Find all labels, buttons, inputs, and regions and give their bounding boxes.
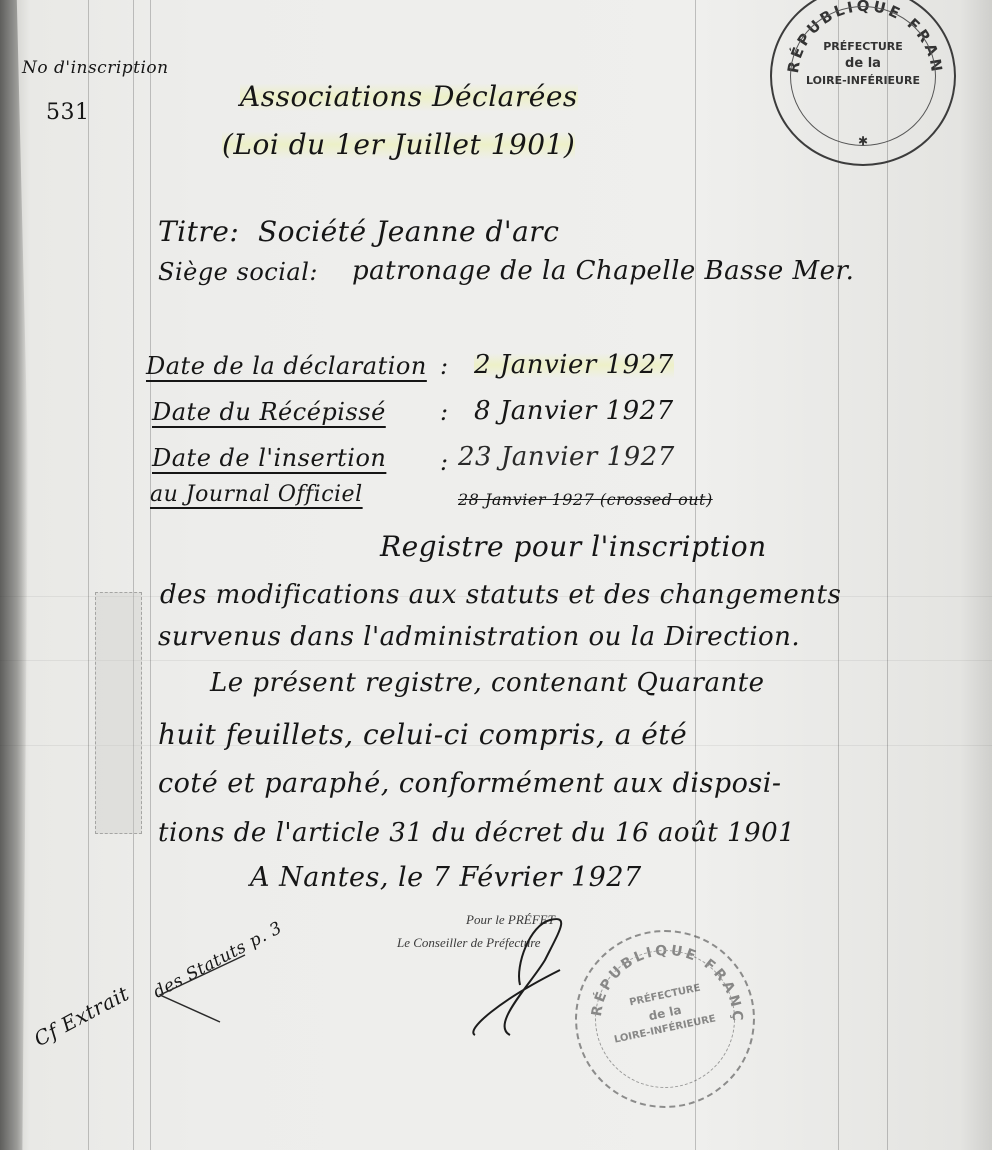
title-value: Société Jeanne d'arc [258,215,559,248]
date-value: 8 Janvier 1927 [474,396,674,426]
ruled-line [887,0,888,1150]
body-line: survenus dans l'administration ou la Dir… [158,622,800,652]
signature [460,905,580,1045]
margin-column-box [95,592,142,834]
prefecture-stamp-top: RÉPUBLIQUE FRANÇAISE PRÉFECTURE de la LO… [770,0,956,166]
registration-label: No d'inscription [22,58,169,78]
title-label: Titre: [158,215,239,248]
ruled-line [88,0,89,1150]
page-shadow-edge [0,0,28,1150]
margin-annotation-extrait: Cf Extrait [30,981,133,1051]
ruled-line [0,660,992,661]
seat-label: Siège social: [158,258,318,286]
registration-number: 531 [46,100,90,125]
date-value: 23 Janvier 1927 [458,442,675,472]
body-line: Le présent registre, contenant Quarante [210,668,765,698]
ruled-line [838,0,839,1150]
date-label: Date de l'insertion [152,444,386,472]
body-line: huit feuillets, celui-ci compris, a été [158,718,687,751]
heading-law: (Loi du 1er Juillet 1901) [222,128,575,161]
date-label: Date du Récépissé [152,398,386,426]
body-line: tions de l'article 31 du décret du 16 ao… [158,818,795,848]
prefecture-stamp-bottom: RÉPUBLIQUE FRANÇAISE PRÉFECTURE de la LO… [575,930,755,1108]
margin-annotation-mark [150,950,250,1030]
document-page: No d'inscription 531 Associations Déclar… [0,0,992,1150]
date-label: Date de la déclaration [146,352,427,380]
body-line: des modifications aux statuts et des cha… [160,580,841,610]
date-value-crossed: 28 Janvier 1927 (crossed out) [458,490,713,509]
seat-value: patronage de la Chapelle Basse Mer. [352,256,854,286]
ruled-line [133,0,134,1150]
date-value: 2 Janvier 1927 [474,350,674,380]
register-heading: Registre pour l'inscription [380,530,767,563]
heading-associations: Associations Déclarées [240,80,578,113]
body-line: coté et paraphé, conformément aux dispos… [158,768,782,799]
place-date-line: A Nantes, le 7 Février 1927 [250,862,642,893]
date-label: au Journal Officiel [150,482,363,507]
